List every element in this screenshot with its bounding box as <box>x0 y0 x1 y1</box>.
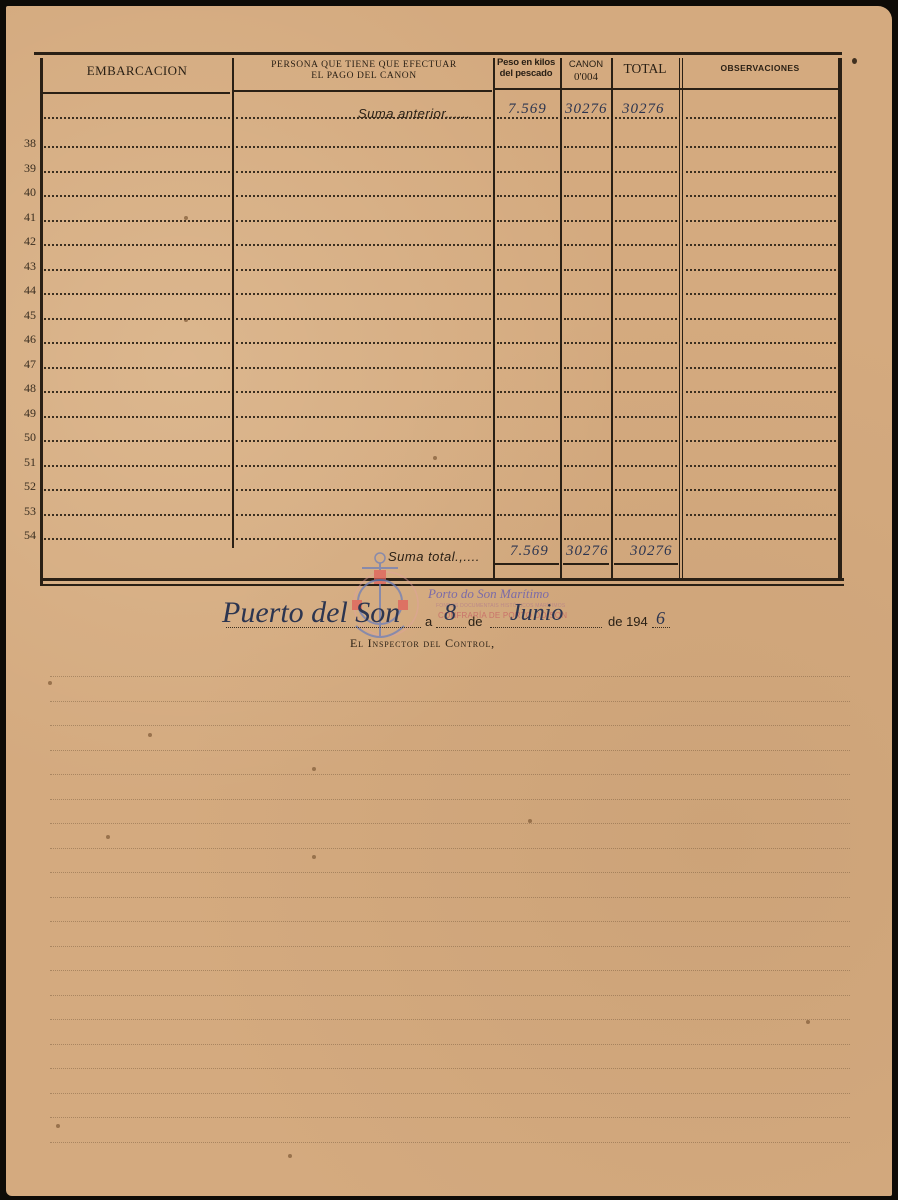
row-number: 54 <box>14 528 36 543</box>
header-rule <box>494 88 840 90</box>
ruled-line <box>497 195 558 197</box>
place-handwritten: Puerto del Son <box>222 596 400 630</box>
row-number: 52 <box>14 479 36 494</box>
ruled-line <box>564 146 609 148</box>
day-dotted-line <box>436 627 466 628</box>
ruled-line <box>686 269 836 271</box>
row-number: 46 <box>14 332 36 347</box>
table-right-border <box>838 58 842 578</box>
header-peso-line2: del pescado <box>494 69 558 80</box>
ruled-line <box>615 171 677 173</box>
place-dotted-line <box>226 627 421 628</box>
ruled-line <box>497 489 558 491</box>
ruled-line <box>686 367 836 369</box>
ruled-line <box>686 538 836 540</box>
column-divider <box>232 58 234 548</box>
ruled-line <box>564 440 609 442</box>
row-number: 48 <box>14 381 36 396</box>
ruled-line <box>497 171 558 173</box>
ruled-line <box>497 117 558 119</box>
ruled-line <box>236 367 491 369</box>
faint-ruled-line <box>50 872 850 873</box>
suma-anterior-canon: 30276 <box>565 101 608 118</box>
paper-speck <box>288 1154 292 1158</box>
ruled-line <box>236 342 491 344</box>
ruled-line <box>615 538 677 540</box>
table-bottom-border <box>40 578 844 581</box>
row-number: 40 <box>14 185 36 200</box>
ruled-line <box>615 195 677 197</box>
ruled-line <box>615 244 677 246</box>
ruled-line <box>686 293 836 295</box>
ruled-line <box>236 440 491 442</box>
column-divider <box>679 58 680 578</box>
ruled-line <box>686 391 836 393</box>
faint-ruled-line <box>50 1117 850 1118</box>
ruled-line <box>44 416 230 418</box>
row-number: 45 <box>14 308 36 323</box>
ruled-line <box>686 489 836 491</box>
ruled-line <box>564 391 609 393</box>
ruled-line <box>44 514 230 516</box>
header-canon: CANON 0'004 <box>562 60 610 84</box>
ruled-line <box>686 416 836 418</box>
row-number: 50 <box>14 430 36 445</box>
suma-anterior-total: 30276 <box>622 101 665 118</box>
ruled-line <box>686 244 836 246</box>
faint-ruled-line <box>50 823 850 824</box>
paper-speck <box>312 855 316 859</box>
faint-ruled-line <box>50 1044 850 1045</box>
ruled-line <box>44 538 230 540</box>
ruled-line <box>564 293 609 295</box>
ruled-line <box>564 367 609 369</box>
faint-ruled-line <box>50 1093 850 1094</box>
ruled-line <box>497 440 558 442</box>
column-divider <box>611 58 613 578</box>
ruled-line <box>686 146 836 148</box>
ruled-line <box>615 367 677 369</box>
paper-speck <box>106 835 110 839</box>
ruled-line <box>44 244 230 246</box>
ruled-line <box>44 318 230 320</box>
ruled-line <box>615 465 677 467</box>
faint-ruled-line <box>50 725 850 726</box>
inspector-signature-label: El Inspector del Control, <box>350 636 495 651</box>
ruled-line <box>236 489 491 491</box>
ruled-line <box>497 538 558 540</box>
column-divider <box>682 58 683 578</box>
row-number: 49 <box>14 406 36 421</box>
ruled-line <box>564 117 609 119</box>
ruled-line <box>44 440 230 442</box>
total-underline <box>563 563 609 565</box>
ruled-line <box>564 269 609 271</box>
paper-speck <box>852 58 857 64</box>
ruled-line <box>44 293 230 295</box>
paper-speck <box>48 681 52 685</box>
header-persona-line1: PERSONA QUE TIENE QUE EFECTUAR <box>236 60 492 71</box>
ruled-line <box>44 195 230 197</box>
day-handwritten: 8 <box>444 600 456 627</box>
suma-total-peso: 7.569 <box>510 543 549 560</box>
paper-speck <box>56 1124 60 1128</box>
ruled-line <box>615 117 677 119</box>
ruled-line <box>497 318 558 320</box>
ruled-line <box>564 195 609 197</box>
faint-ruled-line <box>50 970 850 971</box>
column-divider <box>560 58 562 578</box>
ruled-line <box>564 538 609 540</box>
faint-ruled-line <box>50 750 850 751</box>
ruled-line <box>236 171 491 173</box>
ruled-line <box>564 416 609 418</box>
ruled-line <box>44 342 230 344</box>
header-peso: Peso en kilos del pescado <box>494 58 558 80</box>
de-label: de <box>468 614 482 629</box>
row-number: 41 <box>14 210 36 225</box>
ruled-line <box>497 146 558 148</box>
ruled-line <box>615 146 677 148</box>
header-embarcacion: EMBARCACION <box>42 64 232 79</box>
ruled-line <box>497 220 558 222</box>
ruled-line <box>615 489 677 491</box>
month-dotted-line <box>490 627 602 628</box>
total-underline <box>495 563 559 565</box>
month-handwritten: Junio <box>510 600 563 627</box>
ruled-line <box>686 318 836 320</box>
ruled-line <box>686 465 836 467</box>
faint-ruled-line <box>50 1068 850 1069</box>
paper-speck <box>148 733 152 737</box>
a-label: a <box>425 614 432 629</box>
ruled-line <box>564 244 609 246</box>
header-total: TOTAL <box>614 61 676 77</box>
faint-ruled-line <box>50 1142 850 1143</box>
ruled-line <box>564 220 609 222</box>
row-number: 39 <box>14 161 36 176</box>
ruled-line <box>615 440 677 442</box>
ruled-line <box>686 117 836 119</box>
ruled-line <box>236 146 491 148</box>
year-dotted-line <box>652 627 670 628</box>
ruled-line <box>564 318 609 320</box>
ruled-line <box>497 465 558 467</box>
ruled-line <box>236 318 491 320</box>
paper-speck <box>806 1020 810 1024</box>
ruled-line <box>44 117 230 119</box>
ruled-line <box>686 195 836 197</box>
faint-ruled-line <box>50 774 850 775</box>
ruled-line <box>615 514 677 516</box>
faint-ruled-line <box>50 946 850 947</box>
ruled-line <box>615 416 677 418</box>
faint-ruled-line <box>50 701 850 702</box>
header-observaciones: OBSERVACIONES <box>684 64 836 74</box>
faint-ruled-line <box>50 1019 850 1020</box>
ruled-line <box>497 416 558 418</box>
suma-anterior-peso: 7.569 <box>508 101 547 118</box>
ruled-line <box>44 391 230 393</box>
ruled-line <box>236 220 491 222</box>
ruled-line <box>497 514 558 516</box>
row-number: 42 <box>14 234 36 249</box>
faint-ruled-line <box>50 799 850 800</box>
ruled-line <box>44 489 230 491</box>
row-number: 44 <box>14 283 36 298</box>
header-canon-line1: CANON <box>562 60 610 71</box>
header-persona-line2: EL PAGO DEL CANON <box>236 71 492 82</box>
suma-total-canon: 30276 <box>566 543 609 560</box>
header-rule <box>40 92 230 94</box>
ruled-line <box>615 220 677 222</box>
ruled-line <box>564 342 609 344</box>
faint-ruled-line <box>50 676 850 677</box>
header-rule <box>234 90 492 92</box>
ruled-line <box>497 391 558 393</box>
ruled-line <box>564 465 609 467</box>
ruled-line <box>686 514 836 516</box>
paper-speck <box>312 767 316 771</box>
ruled-line <box>44 465 230 467</box>
ruled-line <box>497 269 558 271</box>
ruled-line <box>236 269 491 271</box>
ruled-line <box>564 514 609 516</box>
ruled-line <box>615 318 677 320</box>
suma-total-total: 30276 <box>630 543 673 560</box>
ruled-line <box>236 416 491 418</box>
ruled-line <box>686 440 836 442</box>
ruled-line <box>236 514 491 516</box>
ruled-line <box>615 391 677 393</box>
row-number: 43 <box>14 259 36 274</box>
column-divider <box>493 58 495 578</box>
ruled-line <box>236 293 491 295</box>
ruled-line <box>497 244 558 246</box>
year-prefix: de 194 <box>608 614 648 629</box>
ruled-line <box>44 367 230 369</box>
row-number: 47 <box>14 357 36 372</box>
table-left-border <box>40 58 43 586</box>
ruled-line <box>686 171 836 173</box>
row-number: 53 <box>14 504 36 519</box>
ruled-line <box>497 293 558 295</box>
row-number: 38 <box>14 136 36 151</box>
ruled-line <box>564 489 609 491</box>
ruled-line <box>44 220 230 222</box>
ruled-line <box>686 342 836 344</box>
ruled-line <box>564 171 609 173</box>
ruled-line <box>615 269 677 271</box>
ruled-line <box>236 244 491 246</box>
ruled-line <box>615 342 677 344</box>
row-number: 51 <box>14 455 36 470</box>
ruled-line <box>236 117 491 119</box>
ruled-line <box>236 195 491 197</box>
ruled-line <box>236 538 491 540</box>
faint-ruled-line <box>50 897 850 898</box>
ruled-line <box>236 391 491 393</box>
ruled-line <box>44 269 230 271</box>
header-persona: PERSONA QUE TIENE QUE EFECTUAR EL PAGO D… <box>236 60 492 82</box>
ruled-line <box>497 342 558 344</box>
ruled-line <box>44 171 230 173</box>
ruled-line <box>497 367 558 369</box>
faint-ruled-line <box>50 921 850 922</box>
faint-ruled-line <box>50 995 850 996</box>
ruled-line <box>236 465 491 467</box>
header-canon-line2: 0'004 <box>562 71 610 84</box>
ruled-line <box>615 293 677 295</box>
ruled-line <box>44 146 230 148</box>
ruled-line <box>686 220 836 222</box>
faint-ruled-line <box>50 848 850 849</box>
total-underline <box>614 563 678 565</box>
year-digit-handwritten: 6 <box>656 608 665 629</box>
